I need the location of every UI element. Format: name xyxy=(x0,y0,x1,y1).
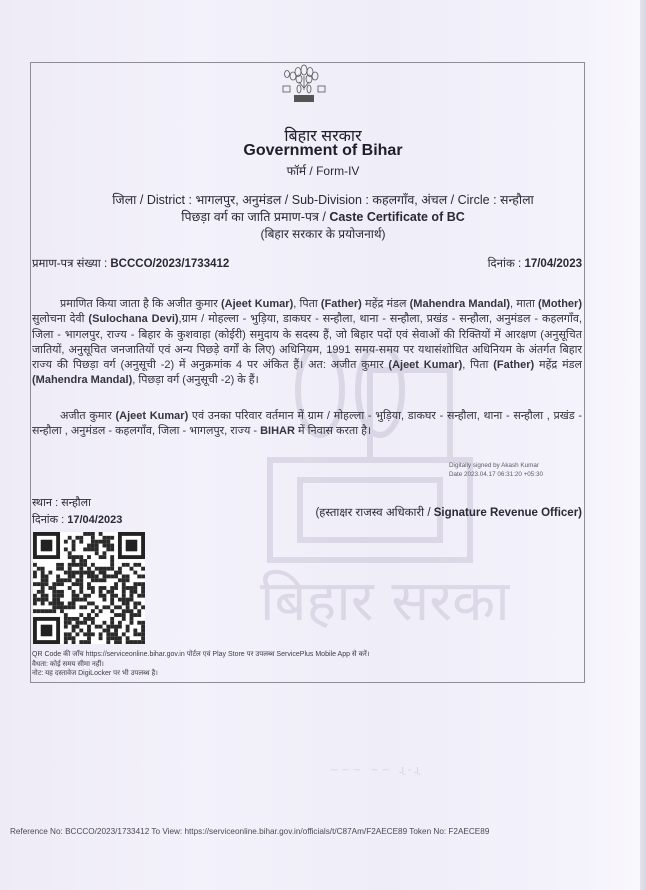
district-value: भागलपुर xyxy=(195,193,235,207)
qr-code-icon[interactable] xyxy=(33,532,145,644)
residence-paragraph: अजीत कुमार (Ajeet Kumar) एवं उनका परिवार… xyxy=(32,409,582,440)
certification-paragraph: प्रमाणित किया जाता है कि अजीत कुमार (Aje… xyxy=(32,297,582,389)
circle-value: सन्हौला xyxy=(500,193,534,207)
subdivision-value: कहलगाँव xyxy=(372,193,414,207)
digilocker-note: नोट: यह दस्तावेज DigiLocker पर भी उपलब्ध… xyxy=(32,669,370,679)
digital-signature: Digitally signed by Akash Kumar Date 202… xyxy=(449,462,543,479)
qr-note: QR Code की जाँच https://serviceonline.bi… xyxy=(32,650,370,660)
reference-footer: Reference No: BCCCO/2023/1733412 To View… xyxy=(10,827,489,836)
form-number: फॉर्म / Form-IV xyxy=(0,162,646,179)
certificate-date: दिनांक : 17/04/2023 xyxy=(488,256,582,271)
signature-revenue-officer: (हस्ताक्षर राजस्व अधिकारी / Signature Re… xyxy=(315,505,582,520)
place: स्थान : सन्हौला xyxy=(32,495,91,510)
bihar-emblem-icon xyxy=(281,62,327,104)
certificate-purpose: (बिहार सरकार के प्रयोजनार्थ) xyxy=(0,225,646,242)
certificate-title: पिछड़ा वर्ग का जाति प्रमाण-पत्र / Caste … xyxy=(0,208,646,225)
handwritten-mark: ~~~ ~~ ɻ-ɻ xyxy=(330,765,423,776)
district-line: जिला / District : भागलपुर, अनुमंडल / Sub… xyxy=(0,191,646,208)
circle-label: अंचल / Circle xyxy=(421,193,489,207)
certificate-number: प्रमाण-पत्र संख्या : BCCCO/2023/1733412 xyxy=(32,256,229,271)
notes: QR Code की जाँच https://serviceonline.bi… xyxy=(32,650,370,679)
subdivision-label: अनुमंडल / Sub-Division xyxy=(242,193,362,207)
issue-date: दिनांक : 17/04/2023 xyxy=(32,512,122,527)
validity-note: वैधता: कोई समय सीमा नहीं। xyxy=(32,660,370,670)
district-label: जिला / District xyxy=(112,193,185,207)
title-english: Government of Bihar xyxy=(0,142,646,160)
